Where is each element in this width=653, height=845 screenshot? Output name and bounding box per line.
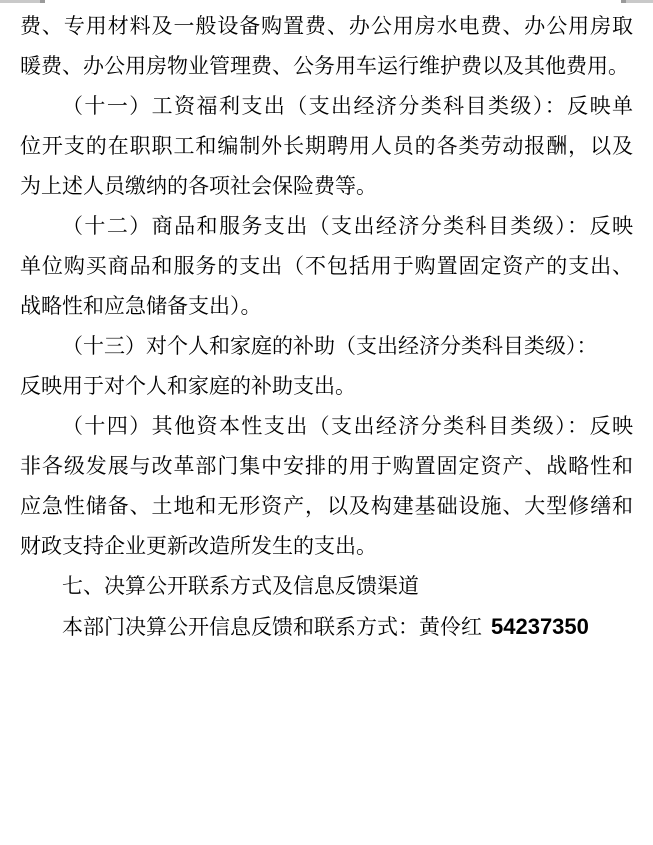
text-line-section-12: （十二）商品和服务支出（支出经济分类科目类级）：反映 [20, 207, 633, 247]
text-line: 费、专用材料及一般设备购置费、办公用房水电费、办公用房取 [20, 7, 633, 47]
text-line: 暖费、办公用房物业管理费、公务用车运行维护费以及其他费用。 [20, 47, 633, 87]
text-line-section-14: （十四）其他资本性支出（支出经济分类科目类级）：反映 [20, 407, 633, 447]
document-body: 费、专用材料及一般设备购置费、办公用房水电费、办公用房取 暖费、办公用房物业管理… [20, 7, 633, 648]
text-line: 位开支的在职职工和编制外长期聘用人员的各类劳动报酬，以及 [20, 127, 633, 167]
contact-label: 本部门决算公开信息反馈和联系方式： [62, 616, 419, 639]
text-line-section-13: （十三）对个人和家庭的补助（支出经济分类科目类级）： [20, 327, 633, 367]
section-heading-7: 七、决算公开联系方式及信息反馈渠道 [20, 567, 633, 607]
text-line: 单位购买商品和服务的支出（不包括用于购置固定资产的支出、 [20, 247, 633, 287]
page-edge-marker-left-tip [40, 0, 45, 3]
document-page: 费、专用材料及一般设备购置费、办公用房水电费、办公用房取 暖费、办公用房物业管理… [0, 0, 653, 845]
text-line: 战略性和应急储备支出）。 [20, 287, 633, 327]
text-line: 为上述人员缴纳的各项社会保险费等。 [20, 167, 633, 207]
text-line: 财政支持企业更新改造所发生的支出。 [20, 527, 633, 567]
text-line-section-11: （十一）工资福利支出（支出经济分类科目类级）：反映单 [20, 87, 633, 127]
contact-name: 黄伶红 [419, 616, 482, 639]
text-line: 应急性储备、土地和无形资产，以及构建基础设施、大型修缮和 [20, 487, 633, 527]
page-edge-marker-right [626, 0, 653, 3]
text-line: 非各级发展与改革部门集中安排的用于购置固定资产、战略性和 [20, 447, 633, 487]
contact-phone: 54237350 [491, 614, 589, 639]
page-edge-marker-left [0, 0, 40, 3]
contact-line: 本部门决算公开信息反馈和联系方式：黄伶红54237350 [20, 607, 633, 648]
text-line: 反映用于对个人和家庭的补助支出。 [20, 367, 633, 407]
